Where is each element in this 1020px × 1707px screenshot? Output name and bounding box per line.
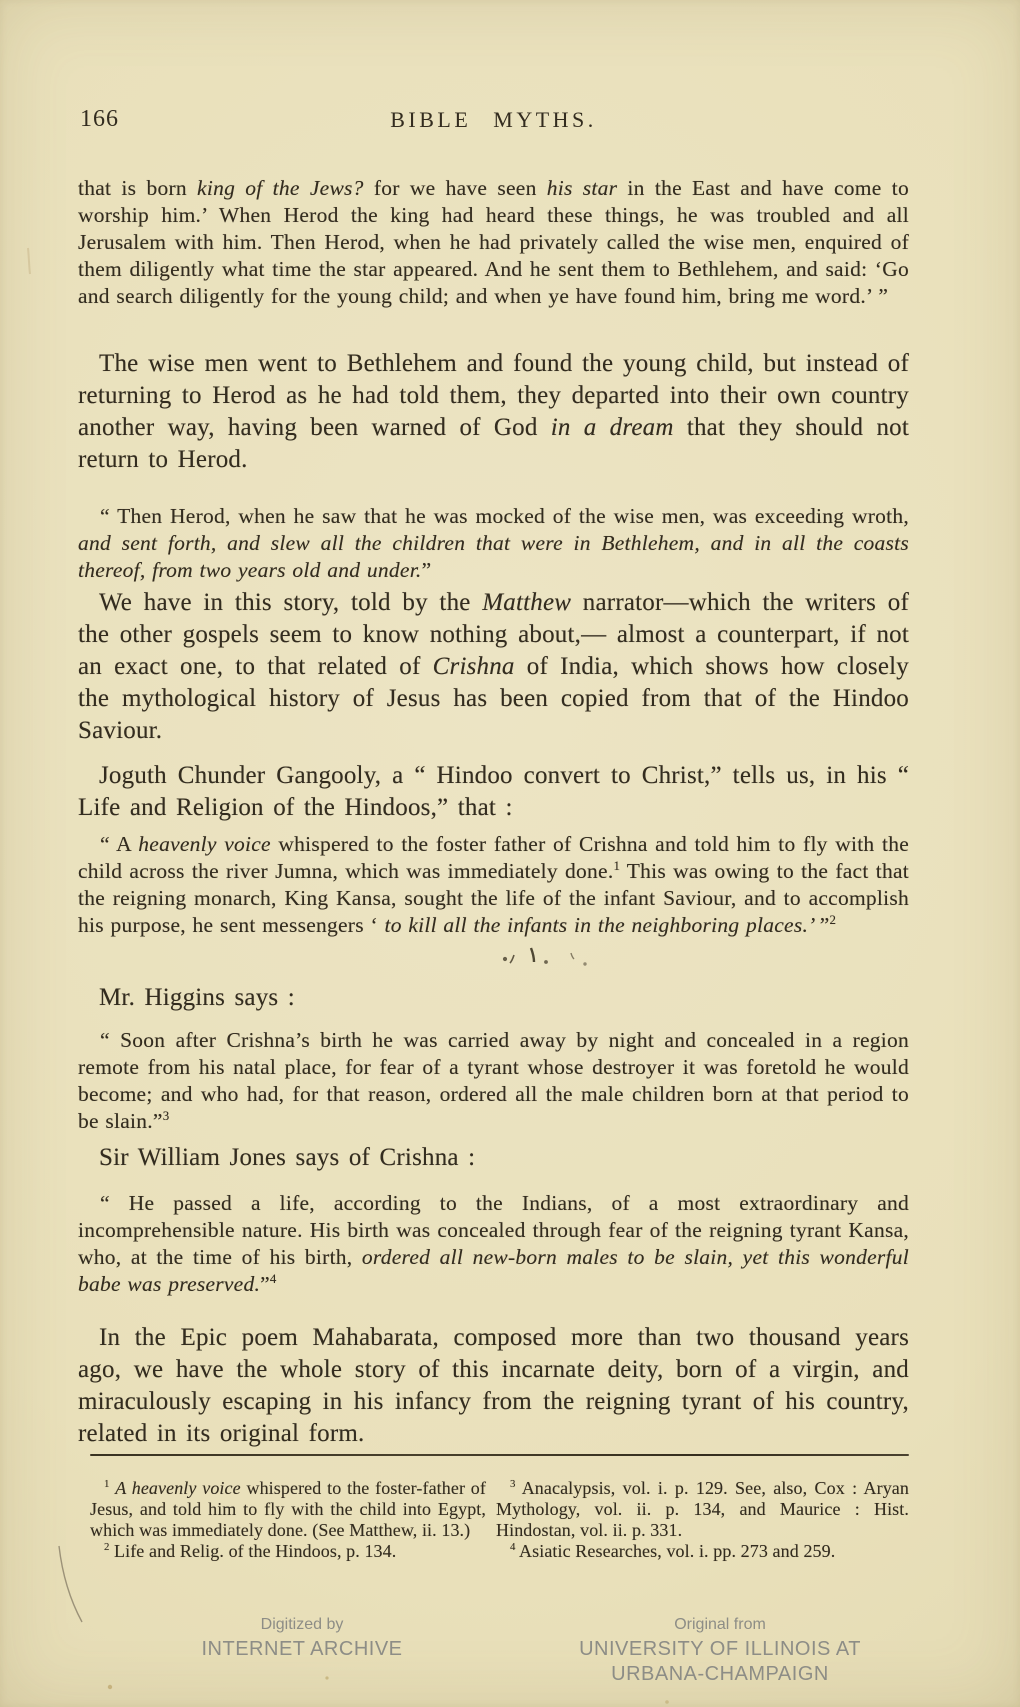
text-segment: A heavenly voice [115,1478,241,1498]
text-segment: Life and Relig. of the Hindoos, p. 134. [109,1541,396,1561]
quote-herod-slaughter: “ Then Herod, when he saw that he was mo… [78,503,909,584]
para-gangooly: Joguth Chunder Gangooly, a “ Hindoo conv… [78,760,909,824]
text-segment: Joguth Chunder Gangooly, a “ Hindoo conv… [78,762,909,821]
text-segment: ” [422,558,432,582]
footnotes-left: 1 A heavenly voice whispered to the fost… [90,1478,486,1562]
urbana-champaign-label: URBANA-CHAMPAIGN [579,1662,861,1687]
quote-higgins: “ Soon after Crishna’s birth he was carr… [78,1027,909,1135]
footnote-ref: 3 [163,1109,169,1123]
original-from-watermark: Original from UNIVERSITY OF ILLINOIS AT … [579,1613,861,1687]
text-segment: Matthew [482,589,571,616]
text-segment: and sent forth, and slew all the childre… [78,531,909,582]
para-matthew-crishna: We have in this story, told by the Matth… [78,587,909,747]
footnote-ref: 2 [830,913,836,927]
footnote: 2 Life and Relig. of the Hindoos, p. 134… [90,1541,486,1562]
text-segment: “ A [100,832,138,856]
para-higgins-intro: Mr. Higgins says : [78,982,909,1014]
original-from-label: Original from [579,1613,861,1637]
ink-smudge [503,948,586,965]
digitized-by-label: Digitized by [202,1613,403,1637]
text-segment: heavenly voice [138,832,271,856]
text-segment: for we have seen [364,176,547,200]
running-head: 166 BIBLE MYTHS. [78,104,909,138]
text-segment: Asiatic Researches, vol. i. pp. 273 and … [515,1541,835,1561]
text-segment: Mr. Higgins says : [99,984,295,1011]
text-segment: that is born [78,176,197,200]
text-segment: ” [260,1272,270,1296]
footnote: 3 Anacalypsis, vol. i. p. 129. See, also… [496,1478,909,1541]
para-wise-men: The wise men went to Bethlehem and found… [78,348,909,476]
digitized-by-watermark: Digitized by INTERNET ARCHIVE [202,1613,403,1662]
pencil-stroke-mark [59,1546,82,1622]
text-segment: ” [820,913,830,937]
quote-magi-continuation: that is born king of the Jews? for we ha… [78,175,909,310]
footnote: 1 A heavenly voice whispered to the fost… [90,1478,486,1541]
book-page-scan: 166 BIBLE MYTHS. that is born king of th… [0,0,1020,1707]
text-segment: We have in this story, told by the [99,589,482,616]
text-segment: “ Soon after Crishna’s birth he was carr… [78,1028,909,1133]
text-segment: Anacalypsis, vol. i. p. 129. See, also, … [496,1478,909,1540]
footnote: 4 Asiatic Researches, vol. i. pp. 273 an… [496,1541,909,1562]
para-mahabarata: In the Epic poem Mahabarata, composed mo… [78,1322,909,1450]
page-number: 166 [80,106,119,133]
internet-archive-label: INTERNET ARCHIVE [202,1637,403,1662]
running-title: BIBLE MYTHS. [78,104,909,133]
text-segment: to kill all the infants in the neighbori… [384,913,819,937]
quote-jones: “ He passed a life, according to the Ind… [78,1190,909,1298]
footnotes-right: 3 Anacalypsis, vol. i. p. 129. See, also… [496,1478,909,1562]
university-label: UNIVERSITY OF ILLINOIS AT [579,1637,861,1662]
text-segment: Sir William Jones says of Crishna : [99,1144,475,1171]
text-segment: in a dream [551,414,674,441]
text-segment: Crishna [433,653,515,680]
para-jones-intro: Sir William Jones says of Crishna : [78,1142,909,1174]
text-segment: “ Then Herod, when he saw that he was mo… [100,504,909,528]
footnote-ref: 4 [270,1272,276,1286]
paper-crease-mark [28,248,30,274]
text-segment: king of the Jews? [197,176,364,200]
footnote-divider [90,1454,909,1456]
text-segment: his star [547,176,617,200]
quote-heavenly-voice: “ A heavenly voice whispered to the fost… [78,831,909,939]
text-segment: In the Epic poem Mahabarata, composed mo… [78,1324,909,1447]
